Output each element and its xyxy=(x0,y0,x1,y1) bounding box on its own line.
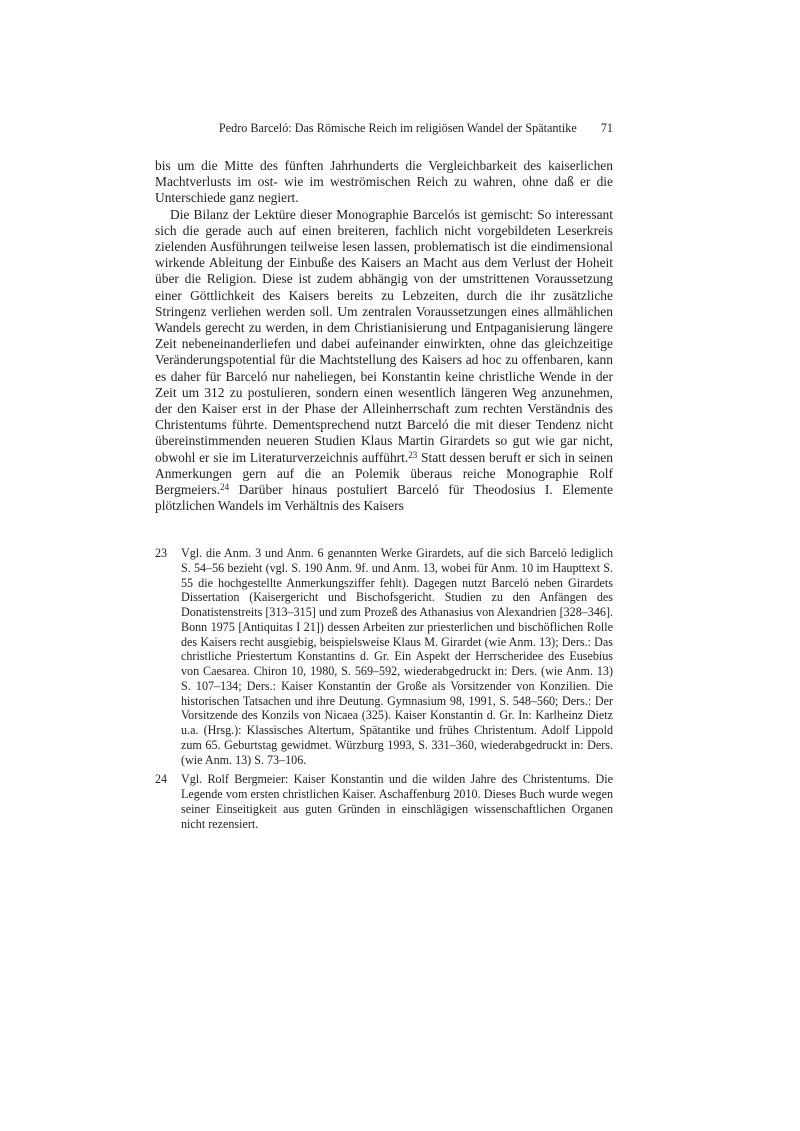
paragraph-continued: bis um die Mitte des fünften Jahrhundert… xyxy=(155,158,613,207)
footnotes: 23 Vgl. die Anm. 3 und Anm. 6 genannten … xyxy=(155,546,613,836)
footnote-number: 24 xyxy=(155,772,167,787)
footnote-24: 24 Vgl. Rolf Bergmeier: Kaiser Konstanti… xyxy=(155,772,613,831)
footnote-number: 23 xyxy=(155,546,167,561)
page-number: 71 xyxy=(601,120,613,136)
running-head-title: Pedro Barceló: Das Römische Reich im rel… xyxy=(219,120,577,136)
footnote-ref-23[interactable]: 23 xyxy=(408,450,417,460)
body-text: bis um die Mitte des fünften Jahrhundert… xyxy=(155,158,613,514)
paragraph-text: Die Bilanz der Lektüre dieser Monographi… xyxy=(155,207,613,465)
footnote-text: Vgl. Rolf Bergmeier: Kaiser Konstantin u… xyxy=(181,772,613,830)
paragraph-review-summary: Die Bilanz der Lektüre dieser Monographi… xyxy=(155,207,613,515)
footnote-23: 23 Vgl. die Anm. 3 und Anm. 6 genannten … xyxy=(155,546,613,767)
footnote-ref-24[interactable]: 24 xyxy=(220,482,229,492)
footnote-text: Vgl. die Anm. 3 und Anm. 6 genannten Wer… xyxy=(181,546,613,767)
running-head: Pedro Barceló: Das Römische Reich im rel… xyxy=(155,120,613,136)
paragraph-text: bis um die Mitte des fünften Jahrhundert… xyxy=(155,158,613,205)
